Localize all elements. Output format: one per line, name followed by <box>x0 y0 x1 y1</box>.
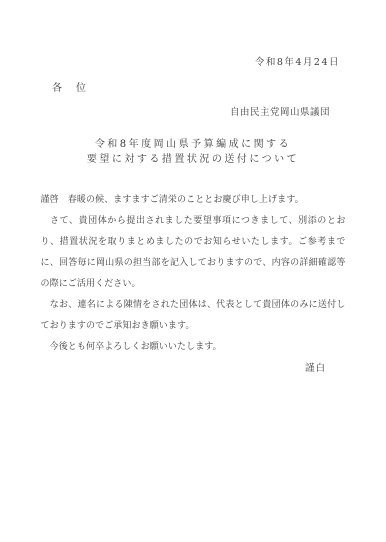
opening-greeting: 謹啓 春暖の候、ますますご清栄のこととお慶び申し上げます。 <box>41 190 346 211</box>
document-title-line2: 要望に対する措置状況の送付について <box>0 152 386 167</box>
note-paragraph: なお、連名による陳情をされた団体は、代表として貴団体のみに送付しておりますのでご… <box>41 295 346 337</box>
closing-paragraph: 今後とも何卒よろしくお願いいたします。 <box>41 337 346 358</box>
letter-body: 謹啓 春暖の候、ますますご清栄のこととお慶び申し上げます。 さて、貴団体から提出… <box>41 190 346 358</box>
recipient: 各 位 <box>0 82 386 95</box>
document-title: 令和8年度岡山県予算編成に関する 要望に対する措置状況の送付について <box>0 137 386 167</box>
main-paragraph: さて、貴団体から提出されました要望事項につきまして、別添のとおり、措置状況を取り… <box>41 211 346 295</box>
sender-organization: 自由民主党岡山県議団 <box>0 107 386 119</box>
document-title-line1: 令和8年度岡山県予算編成に関する <box>0 137 386 152</box>
closing-salutation: 謹白 <box>0 358 386 379</box>
letter-page: 令和8年4月24日 各 位 自由民主党岡山県議団 令和8年度岡山県予算編成に関す… <box>0 0 386 542</box>
document-date: 令和8年4月24日 <box>0 57 386 69</box>
